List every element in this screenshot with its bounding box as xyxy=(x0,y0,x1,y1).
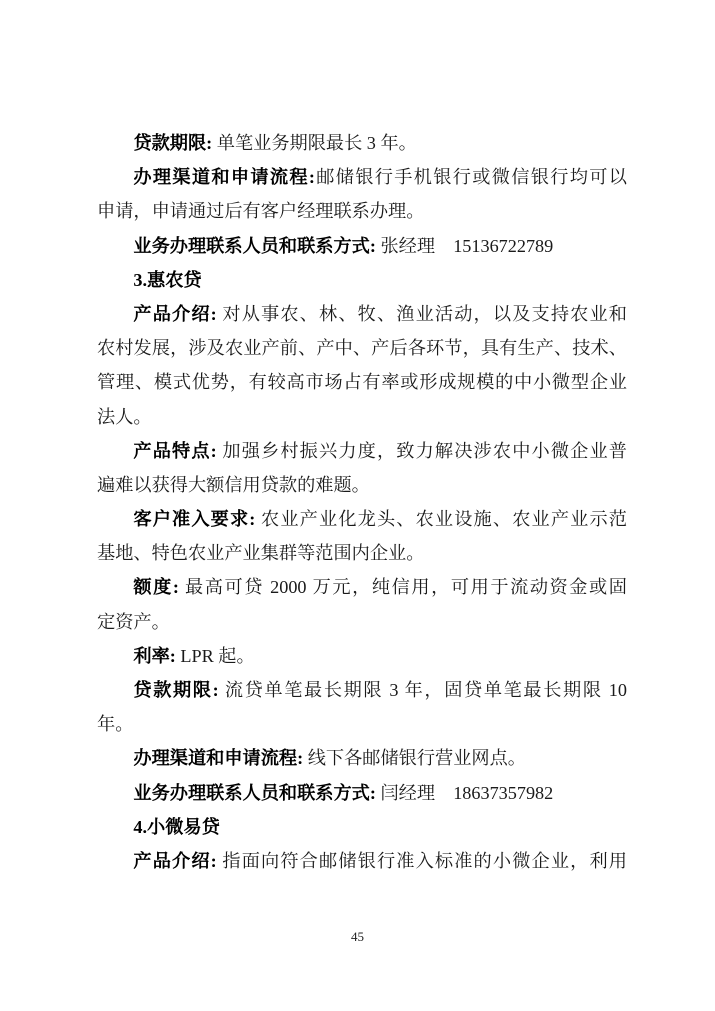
bold-label: 4.小微易贷 xyxy=(133,817,219,837)
text-segment: 定资产。 xyxy=(97,612,170,632)
text-segment: 最高可贷 2000 万元，纯信用，可用于流动资金或固 xyxy=(185,577,627,597)
text-line: 客户准入要求: 农业产业化龙头、农业设施、农业产业示范 xyxy=(97,502,627,536)
document-page: 贷款期限: 单笔业务期限最长 3 年。办理渠道和申请流程:邮储银行手机银行或微信… xyxy=(0,0,715,1011)
text-segment: 线下各邮储银行营业网点。 xyxy=(308,748,526,768)
text-line: 3.惠农贷 xyxy=(97,263,627,297)
text-segment: 指面向符合邮储银行准入标准的小微企业，利用 xyxy=(222,851,627,871)
text-line: 遍难以获得大额信用贷款的难题。 xyxy=(97,468,627,502)
text-line: 产品介绍: 对从事农、林、牧、渔业活动，以及支持农业和 xyxy=(97,297,627,331)
text-line: 4.小微易贷 xyxy=(97,810,627,844)
text-segment: 对从事农、林、牧、渔业活动，以及支持农业和 xyxy=(222,304,627,324)
text-segment: 加强乡村振兴力度，致力解决涉农中小微企业普 xyxy=(222,441,627,461)
bold-label: 产品介绍: xyxy=(133,851,222,871)
bold-label: 贷款期限: xyxy=(133,680,224,700)
text-segment: 农业产业化龙头、农业设施、农业产业示范 xyxy=(261,509,627,529)
bold-label: 办理渠道和申请流程: xyxy=(133,748,307,768)
text-line: 利率: LPR 起。 xyxy=(97,639,627,673)
text-line: 定资产。 xyxy=(97,605,627,639)
text-line: 管理、模式优势，有较高市场占有率或形成规模的中小微型企业 xyxy=(97,365,627,399)
text-segment: 单笔业务期限最长 3 年。 xyxy=(217,133,417,153)
bold-label: 额度: xyxy=(133,577,185,597)
bold-label: 利率: xyxy=(133,646,180,666)
text-line: 农村发展，涉及农业产前、产中、产后各环节，具有生产、技术、 xyxy=(97,331,627,365)
text-line: 年。 xyxy=(97,707,627,741)
text-segment: 闫经理 18637357982 xyxy=(380,783,553,803)
text-line: 业务办理联系人员和联系方式: 张经理 15136722789 xyxy=(97,229,627,263)
text-line: 业务办理联系人员和联系方式: 闫经理 18637357982 xyxy=(97,776,627,810)
bold-label: 客户准入要求: xyxy=(133,509,261,529)
text-line: 申请，申请通过后有客户经理联系办理。 xyxy=(97,194,627,228)
text-segment: 遍难以获得大额信用贷款的难题。 xyxy=(97,475,370,495)
text-line: 额度: 最高可贷 2000 万元，纯信用，可用于流动资金或固 xyxy=(97,570,627,604)
text-line: 办理渠道和申请流程:邮储银行手机银行或微信银行均可以 xyxy=(97,160,627,194)
text-line: 基地、特色农业产业集群等范围内企业。 xyxy=(97,536,627,570)
text-segment: 流贷单笔最长期限 3 年，固贷单笔最长期限 10 xyxy=(225,680,627,700)
text-line: 产品特点: 加强乡村振兴力度，致力解决涉农中小微企业普 xyxy=(97,434,627,468)
text-line: 贷款期限: 流贷单笔最长期限 3 年，固贷单笔最长期限 10 xyxy=(97,673,627,707)
bold-label: 产品特点: xyxy=(133,441,222,461)
text-segment: 申请，申请通过后有客户经理联系办理。 xyxy=(97,201,424,221)
text-segment: 张经理 15136722789 xyxy=(380,236,553,256)
text-line: 法人。 xyxy=(97,400,627,434)
bold-label: 业务办理联系人员和联系方式: xyxy=(133,783,380,803)
text-line: 办理渠道和申请流程: 线下各邮储银行营业网点。 xyxy=(97,741,627,775)
bold-label: 办理渠道和申请流程: xyxy=(133,167,315,187)
text-line: 贷款期限: 单笔业务期限最长 3 年。 xyxy=(97,126,627,160)
bold-label: 业务办理联系人员和联系方式: xyxy=(133,236,380,256)
text-segment: 邮储银行手机银行或微信银行均可以 xyxy=(315,167,627,187)
page-body: 贷款期限: 单笔业务期限最长 3 年。办理渠道和申请流程:邮储银行手机银行或微信… xyxy=(97,126,627,878)
text-segment: LPR 起。 xyxy=(180,646,254,666)
bold-label: 贷款期限: xyxy=(133,133,216,153)
text-segment: 管理、模式优势，有较高市场占有率或形成规模的中小微型企业 xyxy=(97,372,627,392)
text-segment: 基地、特色农业产业集群等范围内企业。 xyxy=(97,543,424,563)
text-segment: 法人。 xyxy=(97,407,152,427)
text-segment: 年。 xyxy=(97,714,133,734)
bold-label: 产品介绍: xyxy=(133,304,222,324)
text-segment: 农村发展，涉及农业产前、产中、产后各环节，具有生产、技术、 xyxy=(97,338,627,358)
bold-label: 3.惠农贷 xyxy=(133,270,201,290)
page-number: 45 xyxy=(0,929,715,944)
text-line: 产品介绍: 指面向符合邮储银行准入标准的小微企业，利用 xyxy=(97,844,627,878)
